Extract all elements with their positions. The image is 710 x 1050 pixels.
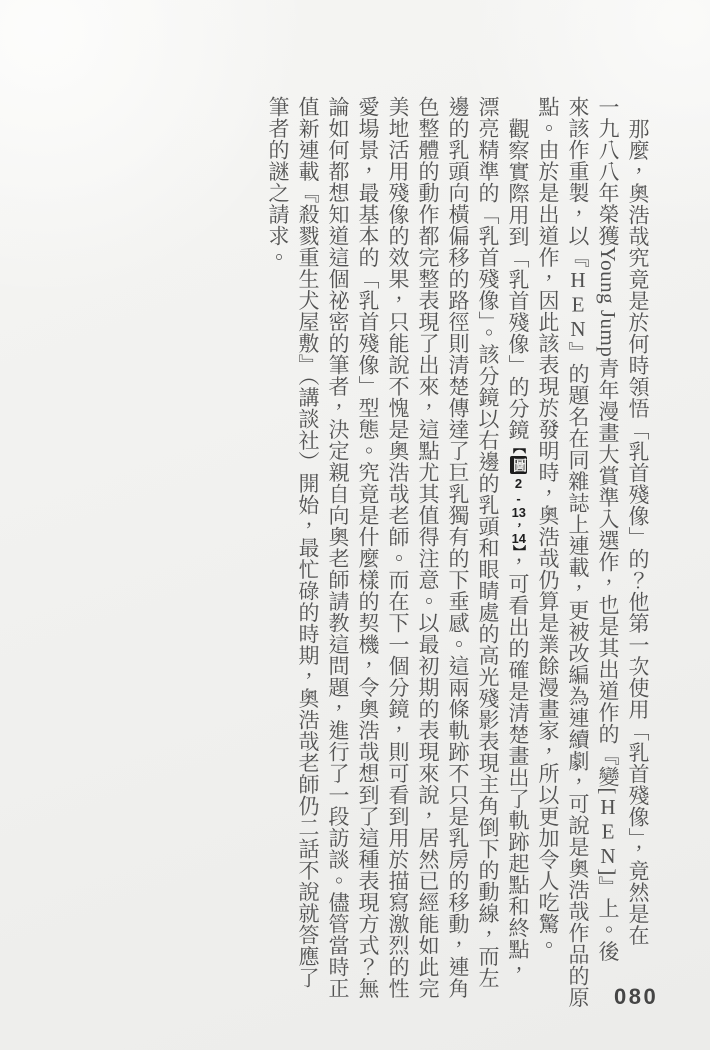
figure-ref: ， bbox=[511, 519, 526, 532]
text-segment: HEN bbox=[596, 795, 620, 869]
text-segment: 筆者的謎之請求。 bbox=[266, 96, 290, 268]
text-column: 一九八八年榮獲Young Jump青年漫畫大賞準入選作，也是其出道作的『變[HE… bbox=[593, 96, 623, 1050]
figure-ref: 14 bbox=[511, 532, 526, 545]
text-segment: 色整體的動作都完整表現了出來，這點尤其值得注意。以最初期的表現來說，居然已經能如… bbox=[416, 96, 440, 999]
text-column: 論如何都想知道這個祕密的筆者，決定親自向奧老師請教這問題，進行了一段訪談。儘管當… bbox=[323, 96, 353, 1050]
text-segment: Young Jump bbox=[596, 247, 620, 358]
text-segment: 點。由於是出道作，因此該表現於發明時，奧浩哉仍算是業餘漫畫家，所以更加令人吃驚。 bbox=[536, 96, 560, 956]
text-column: 邊的乳頭向橫偏移的路徑則清楚傳達了巨乳獨有的下垂感。這兩條軌跡不只是乳房的移動，… bbox=[443, 96, 473, 1050]
text-column: 漂亮精準的「乳首殘像」。該分鏡以右邊的乳頭和眼睛處的高光殘影表現主角倒下的動線，… bbox=[473, 96, 503, 1050]
text-segment: 值新連載『殺戮重生犬屋敷』（講談社）開始，最忙碌的時期，奧浩哉老師仍二話不說就答… bbox=[296, 96, 320, 989]
text-segment: 愛場景，最基本的「乳首殘像」型態。究竟是什麼樣的契機，令奧浩哉想到了這種表現方式… bbox=[356, 96, 380, 999]
figure-ref-box: 圖 bbox=[510, 456, 527, 475]
text-segment: 漂亮精準的「乳首殘像」。該分鏡以右邊的乳頭和眼睛處的高光殘影表現主角倒下的動線，… bbox=[476, 96, 500, 989]
text-column: 觀察實際用到「乳首殘像」的分鏡【圖2-13，14】，可看出的確是清楚畫出了軌跡起… bbox=[503, 96, 533, 1050]
text-segment: ，可看出的確是清楚畫出了軌跡起點和終點， bbox=[506, 552, 530, 982]
text-segment: ]』上。後 bbox=[596, 868, 620, 962]
text-segment: 來該作重製，以『 bbox=[566, 96, 590, 268]
figure-ref: - bbox=[511, 491, 526, 506]
text-column: 點。由於是出道作，因此該表現於發明時，奧浩哉仍算是業餘漫畫家，所以更加令人吃驚。 bbox=[533, 96, 563, 1050]
text-column: 美地活用殘像的效果，只能說不愧是奧浩哉老師。而在下一個分鏡，則可看到用於描寫激烈… bbox=[383, 96, 413, 1050]
text-segment: 青年漫畫大賞準入選作，也是其出道作的『變[ bbox=[596, 357, 620, 795]
text-segment: HEN bbox=[566, 268, 590, 342]
text-block: 那麼，奧浩哉究竟是於何時領悟「乳首殘像」的？他第一次使用「乳首殘像」，竟然是在一… bbox=[263, 96, 653, 1050]
figure-ref: 13 bbox=[511, 506, 526, 519]
page-number: 080 bbox=[614, 984, 658, 1010]
text-segment: 觀察實際用到「乳首殘像」的分鏡 bbox=[506, 118, 530, 441]
text-segment: 邊的乳頭向橫偏移的路徑則清楚傳達了巨乳獨有的下垂感。這兩條軌跡不只是乳房的移動，… bbox=[446, 96, 470, 999]
text-column: 那麼，奧浩哉究竟是於何時領悟「乳首殘像」的？他第一次使用「乳首殘像」，竟然是在 bbox=[623, 96, 653, 1050]
text-segment: 』的題名在同雜誌上連載，更被改編為連續劇，可說是奧浩哉作品的原 bbox=[566, 342, 590, 1009]
text-segment: 論如何都想知道這個祕密的筆者，決定親自向奧老師請教這問題，進行了一段訪談。儘管當… bbox=[326, 96, 350, 999]
text-segment: 一九八八年榮獲 bbox=[596, 96, 620, 247]
text-segment: 那麼，奧浩哉究竟是於何時領悟「乳首殘像」的？他第一次使用「乳首殘像」，竟然是在 bbox=[626, 118, 650, 946]
text-column: 值新連載『殺戮重生犬屋敷』（講談社）開始，最忙碌的時期，奧浩哉老師仍二話不說就答… bbox=[293, 96, 323, 1050]
text-segment: 美地活用殘像的效果，只能說不愧是奧浩哉老師。而在下一個分鏡，則可看到用於描寫激烈… bbox=[386, 96, 410, 999]
figure-ref: 2 bbox=[511, 476, 526, 491]
figure-ref: 【 bbox=[511, 441, 526, 454]
text-column: 筆者的謎之請求。 bbox=[263, 96, 293, 1050]
text-column: 愛場景，最基本的「乳首殘像」型態。究竟是什麼樣的契機，令奧浩哉想到了這種表現方式… bbox=[353, 96, 383, 1050]
text-column: 來該作重製，以『HEN』的題名在同雜誌上連載，更被改編為連續劇，可說是奧浩哉作品… bbox=[563, 96, 593, 1050]
text-column: 色整體的動作都完整表現了出來，這點尤其值得注意。以最初期的表現來說，居然已經能如… bbox=[413, 96, 443, 1050]
book-page: 那麼，奧浩哉究竟是於何時領悟「乳首殘像」的？他第一次使用「乳首殘像」，竟然是在一… bbox=[0, 0, 710, 1050]
